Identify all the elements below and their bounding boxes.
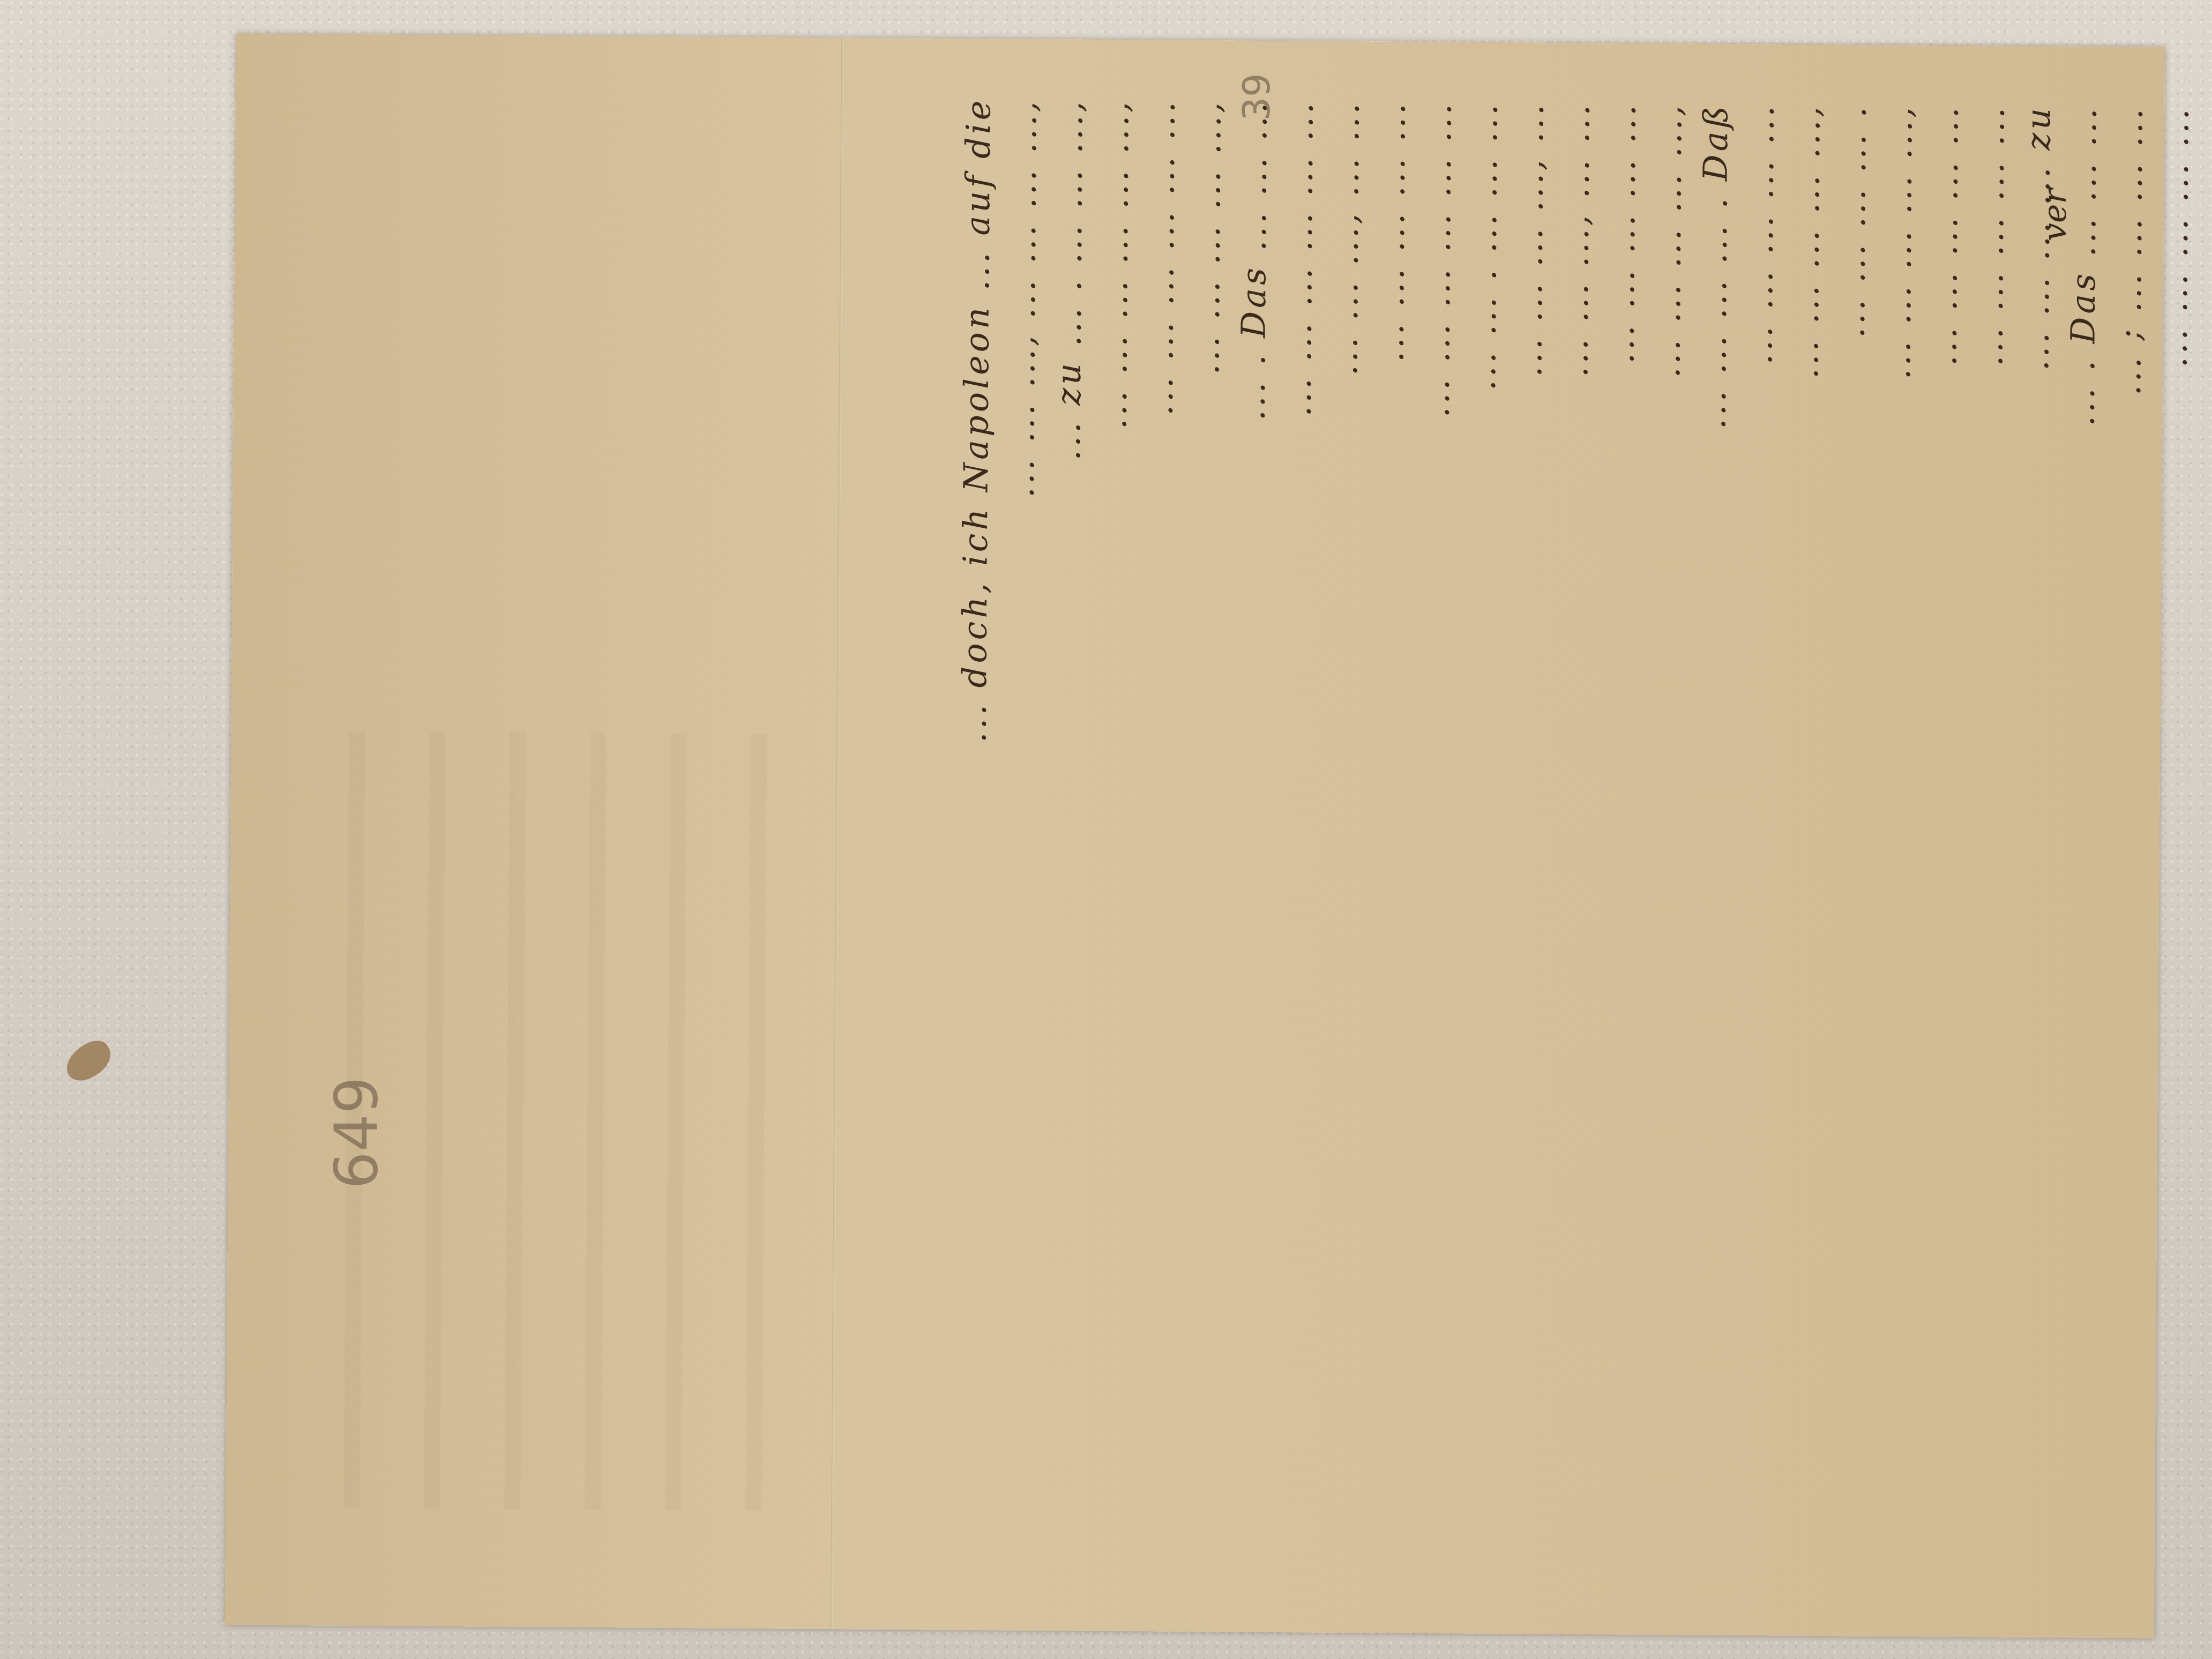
handwritten-text: ... doch, ich Napoleon ... auf die... ..… bbox=[952, 98, 2212, 1178]
text-line: ... ... ... ... ..., bbox=[1643, 102, 1688, 1174]
text-line: ... ... ..., ... ... bbox=[1551, 102, 1596, 1174]
text-line: ... ... ... ... ... bbox=[1366, 100, 1411, 1172]
text-line: ... ... ... ... ... ... bbox=[1136, 99, 1181, 1170]
text-line: ... doch, ich Napoleon ... auf die bbox=[952, 98, 997, 1169]
text-line: ... ... ..., ... ... bbox=[1320, 100, 1365, 1172]
text-line: ... ... ... ... ..., bbox=[1781, 103, 1826, 1175]
text-line: ... ... ... ... ... bbox=[1597, 102, 1642, 1174]
catchword: ver bbox=[2036, 123, 2068, 241]
text-line: ... ... ... ... zu bbox=[2012, 105, 2057, 1177]
text-line: ... ; ... ... ... ... bbox=[2104, 106, 2149, 1177]
pencil-page-number: 39 bbox=[1235, 73, 1279, 121]
text-line: ... ... ..., ... ... ... ..., bbox=[998, 98, 1043, 1169]
text-line: ... ... ... ... ... bbox=[1966, 104, 2011, 1176]
text-line: ... . Das ... ... ... bbox=[1228, 99, 1273, 1171]
text-line: ... ... . ... ... ... bbox=[1459, 101, 1504, 1172]
text-line: ... ... ... ... . bbox=[1827, 103, 1872, 1175]
text-line: ... ... ... ... ... bbox=[2150, 106, 2195, 1178]
text-line: ... zu ... . ... ... ..., bbox=[1044, 98, 1089, 1170]
stain-mark bbox=[59, 1035, 117, 1087]
text-line: ... ... ... ..., ... bbox=[1505, 101, 1550, 1173]
text-line: ... ... ... ... ..., bbox=[1873, 104, 1918, 1176]
text-line: ... ... ... ... ..., bbox=[1182, 99, 1227, 1171]
pencil-archive-number: 649 bbox=[322, 1077, 391, 1189]
fold-line bbox=[831, 38, 844, 1629]
text-line: ... ... ... ... ... ..., bbox=[1090, 99, 1135, 1170]
text-line: ... ... ... ... ... bbox=[1919, 104, 1964, 1176]
letter-page: ... doch, ich Napoleon ... auf die... ..… bbox=[225, 33, 2165, 1638]
text-line: ... . Das ... ... ... bbox=[2058, 105, 2103, 1177]
text-line: ... ... ... ... . Daß bbox=[1689, 102, 1734, 1174]
text-line: ... ... ... ... ... ... bbox=[1274, 100, 1319, 1171]
text-line: ... ... ... ... ... bbox=[1735, 103, 1780, 1175]
text-line: ... ... ... ... ... ... bbox=[1413, 101, 1458, 1172]
